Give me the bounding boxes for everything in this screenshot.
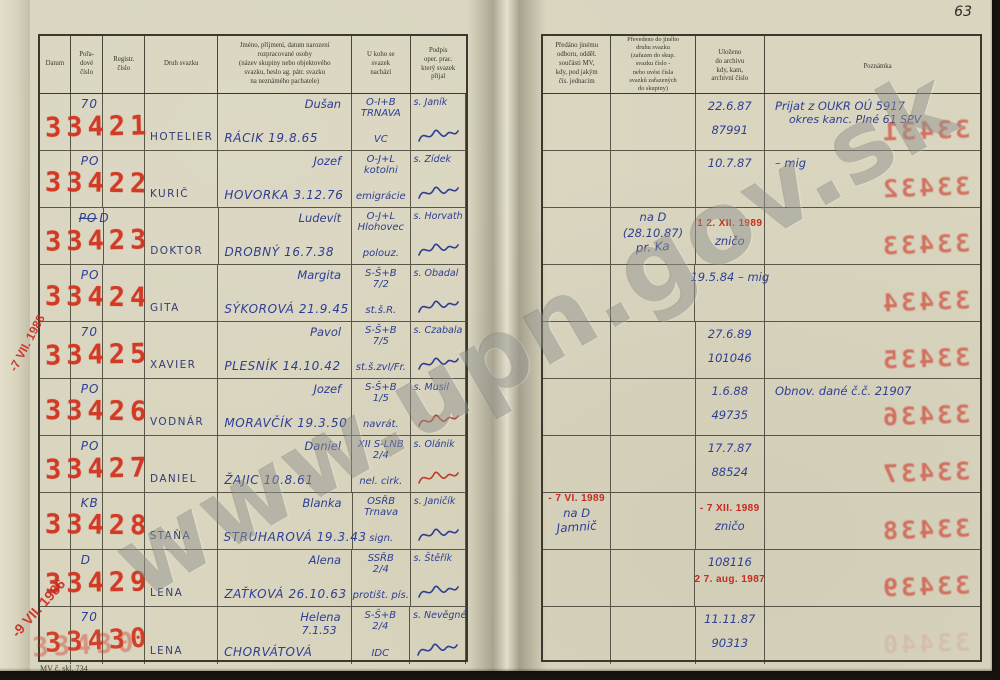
cell-prevedeno	[611, 550, 695, 606]
svazek-code: D	[81, 553, 91, 567]
cell-predano	[543, 151, 611, 207]
unit-line-1: S-Š+B	[352, 265, 409, 279]
cell-druh-svazku: LENA	[145, 550, 218, 606]
cell-registracni	[103, 379, 145, 435]
scan-right-edge	[990, 0, 1000, 680]
cell-poznamka: 33440	[765, 607, 980, 664]
cell-podpis: s. Nevěgné	[410, 607, 466, 664]
predano-date-stamp: - 7 VI. 1989	[543, 493, 610, 504]
unit-line-2: 7/2	[352, 279, 409, 290]
right-page-table: Předáno jinému odboru, odděl. součásti M…	[541, 34, 982, 662]
cell-podpis: s. Štěřík	[411, 550, 466, 606]
signature-scribble	[417, 468, 459, 488]
given-name: Ludevít	[299, 208, 352, 225]
cell-prevedeno	[611, 94, 695, 150]
header-jmeno: Jméno, příjmení, datum narození rozpraco…	[218, 36, 352, 93]
archive-date: 10.7.87	[708, 156, 752, 170]
surname-birthdate: PLESNÍK 14.10.42	[218, 359, 351, 378]
ledger-row-left: PO DANIEL Daniel ŽAJIC 10.8.61 XII S-LNB…	[40, 436, 466, 493]
cell-poradove: KB	[71, 493, 104, 549]
prevedeno-line-2	[611, 267, 694, 269]
cell-poradove: D	[71, 550, 104, 606]
bleed-through-number-stamp: 33432	[879, 171, 970, 203]
cell-datum	[40, 94, 71, 150]
unit-line-2: kotolni	[352, 165, 409, 176]
given-name: Alena	[309, 550, 351, 567]
book-gutter-shadow	[468, 0, 546, 671]
cell-jmeno: Daniel ŽAJIC 10.8.61	[218, 436, 352, 492]
predano-note	[543, 265, 610, 267]
unit-line-3: polouz.	[352, 248, 409, 264]
unit-line-1: OSŘB	[353, 493, 410, 507]
officer-name: s. Horvath	[411, 208, 465, 222]
cell-podpis: s. Zídek	[411, 151, 466, 207]
ledger-row-right: na D (28.10.87) pr. Ka 1 2. XII. 1989 zn…	[543, 208, 980, 265]
druh-svazku-value: KURIČ	[145, 188, 217, 207]
header-podpis: Podpis oper. prac. který svazek přijal	[411, 36, 466, 93]
unit-line-1: O-I+B	[352, 94, 409, 108]
cell-jmeno: Dušan RÁCIK 19.8.65	[218, 94, 352, 150]
given-name: Daniel	[304, 436, 351, 453]
cell-podpis: s. Olánik	[411, 436, 466, 492]
cell-poznamka: 33435	[765, 322, 980, 378]
archive-date: 1.6.88	[711, 384, 748, 398]
cell-poradove: PO	[71, 379, 104, 435]
ledger-row-left: D LENA Alena ZAŤKOVÁ 26.10.63 SSŘB 2/4 p…	[40, 550, 466, 607]
cell-ulozeno: 11.11.87 90313	[696, 607, 765, 664]
officer-name: s. Olánik	[411, 436, 465, 450]
cell-podpis: s. Obadal	[411, 265, 466, 321]
bleed-through-number-stamp: 33439	[879, 570, 970, 602]
svazek-code: 70	[81, 610, 98, 624]
cell-podpis: s. Janík	[411, 94, 466, 150]
cell-ulozeno: 22.6.87 87991	[696, 94, 765, 150]
ledger-row-left: 70 XAVIER Pavol PLESNÍK 14.10.42 S-Š+B 7…	[40, 322, 466, 379]
cell-jmeno: Blanka STRUHAROVÁ 19.3.43	[218, 493, 353, 549]
cell-registracni	[103, 607, 145, 664]
cell-druh-svazku: DANIEL	[145, 436, 218, 492]
unit-line-1: O-J+L	[352, 208, 409, 222]
header-registracni-cislo: Registr. číslo	[103, 36, 145, 93]
cell-datum	[40, 493, 71, 549]
note-line-1: Prijat z OUKR OÚ 5917	[775, 99, 980, 113]
prevedeno-line-2	[611, 552, 694, 554]
ledger-row-left: KB STAŇA Blanka STRUHAROVÁ 19.3.43 OSŘB …	[40, 493, 466, 550]
cell-poznamka: Prijat z OUKR OÚ 5917 okres kanc. Plné 6…	[765, 94, 980, 150]
cell-prevedeno	[611, 151, 695, 207]
archive-date: 11.11.87	[704, 612, 755, 626]
unit-line-3: emigrácie	[352, 191, 409, 207]
prevedeno-line-2	[611, 96, 694, 98]
cell-jmeno: Alena ZAŤKOVÁ 26.10.63	[218, 550, 352, 606]
cell-datum	[40, 436, 71, 492]
cell-registracni	[103, 265, 145, 321]
unit-line-2: 2/4	[352, 564, 409, 575]
cell-poznamka: 33437	[765, 436, 980, 492]
prevedeno-line-2	[611, 495, 694, 497]
archive-date: 27.6.89	[708, 327, 752, 341]
cell-druh-svazku: VODNÁR	[145, 379, 218, 435]
unit-line-3: nel. cirk.	[352, 476, 409, 492]
cell-podpis: s. Musil	[411, 379, 466, 435]
unit-line-2: TRNAVA	[352, 108, 409, 119]
cell-poznamka: Obnov. dané č.č. 21907 33436	[765, 379, 980, 435]
cell-poradove: PO	[71, 436, 104, 492]
cell-ulozeno: 27.6.89 101046	[696, 322, 765, 378]
predano-note	[543, 151, 610, 153]
cell-druh-svazku: DOKTOR	[145, 208, 218, 264]
cell-registracni	[103, 550, 145, 606]
given-name: Jozef	[313, 379, 351, 396]
cell-registracni	[103, 94, 145, 150]
prevedeno-signature: pr. Ka	[611, 237, 695, 257]
druh-svazku-value: HOTELIER	[145, 131, 217, 150]
unit-line-3: st.š.zvl/Fr.	[352, 362, 409, 378]
cell-ulozeno: 108116 2 7. aug. 1987	[695, 550, 765, 606]
ledger-row-right: 1.6.88 49735 Obnov. dané č.č. 21907 3343…	[543, 379, 980, 436]
cell-ulozeno: 10.7.87	[696, 151, 765, 207]
archive-number: 87991	[711, 123, 748, 137]
unit-line-2: 2/4	[352, 621, 409, 632]
archive-date: 17.7.87	[708, 441, 752, 455]
given-name-date: 7.1.53	[302, 624, 351, 637]
cell-datum	[40, 151, 71, 207]
surname-birthdate: MORAVČÍK 19.3.50	[218, 416, 351, 435]
cell-poznamka: 33433	[765, 208, 980, 264]
cell-jmeno: Helena 7.1.53 CHORVÁTOVÁ	[218, 607, 352, 664]
bleed-through-number-stamp: 33437	[879, 456, 970, 488]
cell-registracni	[103, 436, 145, 492]
cell-prevedeno	[611, 322, 695, 378]
officer-name: s. Janík	[411, 94, 465, 108]
cell-poznamka: 33439	[765, 550, 980, 606]
cell-poznamka: – mig 33432	[765, 151, 980, 207]
unit-line-1: S-Š+B	[352, 607, 409, 621]
cell-poradove: POD	[71, 208, 104, 264]
officer-name: s. Nevěgné	[410, 607, 465, 621]
unit-line-2: 1/5	[352, 393, 409, 404]
unit-line-2: Hlohovec	[352, 222, 409, 233]
header-predano: Předáno jinému odboru, odděl. součásti M…	[543, 36, 611, 93]
signature-scribble	[417, 411, 459, 431]
cell-poradove: PO	[71, 265, 104, 321]
cell-predano	[543, 550, 611, 606]
surname-birthdate: ZAŤKOVÁ 26.10.63	[218, 587, 351, 606]
header-ulozeno: Uloženo do archivu kdy, kam, archivní čí…	[696, 36, 765, 93]
bleed-through-number-stamp: 33431	[879, 114, 970, 146]
cell-u-koho: S-Š+B 7/2 st.š.R.	[352, 265, 410, 321]
cell-ulozeno: 17.7.87 88524	[696, 436, 765, 492]
given-name: Dušan	[305, 94, 351, 111]
cell-prevedeno: na D (28.10.87) pr. Ka	[611, 208, 695, 264]
bleed-through-number-stamp: 33436	[879, 399, 970, 431]
ledger-row-right: 10.7.87 – mig 33432	[543, 151, 980, 208]
predano-note	[543, 379, 610, 381]
unit-line-3: IDC	[352, 648, 409, 664]
druh-svazku-value: GITA	[145, 302, 217, 321]
cell-ulozeno: 19.5.84 – mig	[695, 265, 765, 321]
unit-line-1: XII S-LNB	[352, 436, 409, 450]
surname-birthdate: RÁCIK 19.8.65	[218, 131, 351, 150]
cell-poradove: PO	[71, 151, 104, 207]
surname-birthdate: CHORVÁTOVÁ	[218, 645, 351, 664]
cell-podpis: s. Czabala	[411, 322, 466, 378]
unit-line-1: SSŘB	[352, 550, 409, 564]
cell-datum	[40, 379, 71, 435]
cell-predano	[543, 607, 611, 664]
surname-birthdate: ŽAJIC 10.8.61	[218, 473, 351, 492]
unit-line-2: Trnava	[353, 507, 410, 518]
prevedeno-line-2	[611, 609, 694, 611]
ledger-row-left: PO GITA Margita SÝKOROVÁ 21.9.45 S-Š+B 7…	[40, 265, 466, 322]
cell-datum	[40, 607, 71, 664]
cell-datum	[40, 208, 71, 264]
svazek-code: PO	[81, 439, 100, 453]
given-name: Jozef	[313, 151, 351, 168]
ledger-row-right: 19.5.84 – mig 33434	[543, 265, 980, 322]
cell-u-koho: S-Š+B 7/5 st.š.zvl/Fr.	[352, 322, 410, 378]
cell-predano	[543, 208, 611, 264]
cell-u-koho: SSŘB 2/4 protišt. pís.	[352, 550, 410, 606]
cell-jmeno: Pavol PLESNÍK 14.10.42	[218, 322, 352, 378]
cell-prevedeno	[611, 379, 695, 435]
cell-u-koho: O-J+L kotolni emigrácie	[352, 151, 410, 207]
cell-predano: - 7 VI. 1989 na D Jamnič	[543, 493, 611, 549]
druh-svazku-value: STAŇA	[145, 530, 217, 549]
ledger-row-left: 70 HOTELIER Dušan RÁCIK 19.8.65 O-I+B TR…	[40, 94, 466, 151]
cell-druh-svazku: GITA	[145, 265, 218, 321]
ledger-row-right: 17.7.87 88524 33437	[543, 436, 980, 493]
cell-u-koho: S-Š+B 1/5 navrát.	[352, 379, 410, 435]
header-u-koho: U koho se svazek nachází	[352, 36, 410, 93]
surname-birthdate: DROBNÝ 16.7.38	[219, 245, 352, 264]
ledger-row-right: 22.6.87 87991 Prijat z OUKR OÚ 5917 okre…	[543, 94, 980, 151]
bleed-through-number-stamp: 33440	[879, 627, 970, 659]
unit-line-3: sign.	[353, 533, 410, 549]
druh-svazku-value: VODNÁR	[145, 416, 217, 435]
cell-ulozeno: 1.6.88 49735	[696, 379, 765, 435]
archive-number: zničo	[715, 234, 745, 248]
header-datum: Datum	[40, 36, 71, 93]
unit-line-2: 7/5	[352, 336, 409, 347]
predano-note	[543, 436, 610, 438]
svazek-code: PO	[81, 154, 100, 168]
cell-predano	[543, 265, 611, 321]
cell-prevedeno	[611, 265, 695, 321]
cell-jmeno: Ludevít DROBNÝ 16.7.38	[219, 208, 353, 264]
unit-line-3: protišt. pís.	[352, 590, 409, 606]
cell-jmeno: Jozef MORAVČÍK 19.3.50	[218, 379, 352, 435]
cell-predano	[543, 322, 611, 378]
archive-date: 108116	[708, 555, 752, 569]
cell-podpis: s. Janičík	[411, 493, 466, 549]
header-poznamka: Poznámka	[765, 36, 980, 93]
cell-jmeno: Jozef HOVORKA 3.12.76	[218, 151, 352, 207]
cell-poznamka: 33438	[765, 493, 980, 549]
bleed-through-number-stamp: 33433	[879, 228, 970, 260]
surname-birthdate: SÝKOROVÁ 21.9.45	[218, 302, 351, 321]
cell-poradove: 70	[71, 94, 104, 150]
cell-druh-svazku: HOTELIER	[145, 94, 218, 150]
archive-number: 90313	[711, 636, 748, 650]
given-name: Margita	[297, 265, 351, 282]
cell-datum	[40, 265, 71, 321]
signature-scribble	[417, 240, 459, 260]
cell-druh-svazku: STAŇA	[145, 493, 218, 549]
svazek-code: PO	[81, 382, 100, 396]
predano-note	[543, 94, 610, 96]
signature-scribble	[417, 582, 459, 602]
cell-druh-svazku: KURIČ	[145, 151, 218, 207]
ledger-row-right: 108116 2 7. aug. 1987 33439	[543, 550, 980, 607]
archive-number: 49735	[711, 408, 748, 422]
ledger-row-left: PO KURIČ Jozef HOVORKA 3.12.76 O-J+L kot…	[40, 151, 466, 208]
cell-registracni	[103, 151, 145, 207]
cell-ulozeno: - 7 XII. 1989 zničo	[696, 493, 765, 549]
header-prevedeno: Převedeno do jiného druhu svazku (zařaze…	[611, 36, 695, 93]
given-name: Pavol	[310, 322, 351, 339]
prevedeno-line-2	[611, 381, 694, 383]
unit-line-3: st.š.R.	[352, 305, 409, 321]
prevedeno-line-2	[611, 438, 694, 440]
cell-predano	[543, 94, 611, 150]
left-rows-container: 70 HOTELIER Dušan RÁCIK 19.8.65 O-I+B TR…	[40, 94, 466, 664]
officer-name: s. Musil	[411, 379, 465, 393]
right-header-row: Předáno jinému odboru, odděl. součásti M…	[543, 36, 980, 94]
prevedeno-line-2	[611, 153, 694, 155]
archive-date-stamp: 1 2. XII. 1989	[697, 218, 762, 229]
svazek-code: PO	[81, 268, 100, 282]
signature-scribble	[416, 640, 458, 660]
predano-note	[543, 208, 610, 210]
header-poradove-cislo: Pořa- dové číslo	[71, 36, 104, 93]
cell-poradove: 70	[71, 607, 104, 664]
cell-prevedeno	[611, 493, 695, 549]
given-name: Helena	[300, 607, 350, 624]
ledger-row-left: POD DOKTOR Ludevít DROBNÝ 16.7.38 O-J+L …	[40, 208, 466, 265]
cell-u-koho: XII S-LNB 2/4 nel. cirk.	[352, 436, 410, 492]
note-line-1: – mig	[775, 156, 980, 170]
unit-line-2: 2/4	[352, 450, 409, 461]
bleed-through-number-stamp: 33435	[879, 342, 970, 374]
archive-date-stamp: - 7 XII. 1989	[700, 503, 760, 514]
signature-scribble	[417, 354, 459, 374]
archive-date: 22.6.87	[708, 99, 752, 113]
archive-date-stamp: 2 7. aug. 1987	[695, 574, 766, 585]
archive-number: 88524	[711, 465, 748, 479]
signature-scribble	[417, 126, 459, 146]
cell-poznamka: 33434	[765, 265, 980, 321]
signature-scribble	[417, 297, 459, 317]
cell-ulozeno: 1 2. XII. 1989 zničo	[696, 208, 765, 264]
druh-svazku-value: LENA	[145, 587, 217, 606]
cell-prevedeno	[611, 436, 695, 492]
ledger-scan: Datum Pořa- dové číslo Registr. číslo Dr…	[0, 0, 1000, 680]
ledger-row-right: 11.11.87 90313 33440	[543, 607, 980, 664]
unit-line-1: S-Š+B	[352, 322, 409, 336]
cell-registracni	[103, 322, 145, 378]
officer-name: s. Štěřík	[411, 550, 465, 564]
cell-predano	[543, 436, 611, 492]
predano-signature: Jamnič	[543, 518, 611, 537]
cell-druh-svazku: LENA	[145, 607, 218, 664]
unit-line-3: VC	[352, 134, 409, 150]
unit-line-1: O-J+L	[352, 151, 409, 165]
unit-line-1: S-Š+B	[352, 379, 409, 393]
cell-datum	[40, 322, 71, 378]
druh-svazku-value: XAVIER	[145, 359, 217, 378]
surname-birthdate: STRUHAROVÁ 19.3.43	[218, 530, 352, 549]
cell-druh-svazku: XAVIER	[145, 322, 218, 378]
cell-u-koho: O-I+B TRNAVA VC	[352, 94, 410, 150]
signature-scribble	[417, 525, 459, 545]
scan-bottom-edge	[0, 668, 1000, 680]
ledger-row-left: 70 LENA Helena 7.1.53 CHORVÁTOVÁ S-Š+B 2…	[40, 607, 466, 664]
prevedeno-line-2	[611, 324, 694, 326]
cell-jmeno: Margita SÝKOROVÁ 21.9.45	[218, 265, 352, 321]
header-druh-svazku: Druh svazku	[145, 36, 218, 93]
page-number: 63	[954, 4, 972, 20]
svazek-code-struck: PO	[79, 211, 98, 225]
archive-number: zničo	[715, 519, 745, 533]
cell-u-koho: OSŘB Trnava sign.	[353, 493, 411, 549]
left-header-row: Datum Pořa- dové číslo Registr. číslo Dr…	[40, 36, 466, 94]
bleed-through-number-stamp: 33438	[879, 513, 970, 545]
archive-date: 19.5.84 – mig	[690, 270, 769, 284]
right-rows-container: 22.6.87 87991 Prijat z OUKR OÚ 5917 okre…	[543, 94, 980, 664]
officer-name: s. Obadal	[411, 265, 465, 279]
officer-name: s. Janičík	[411, 493, 465, 507]
predano-note	[543, 550, 610, 552]
cell-u-koho: S-Š+B 2/4 IDC	[352, 607, 410, 664]
predano-note	[543, 322, 610, 324]
cell-registracni	[104, 208, 146, 264]
cell-poradove: 70	[71, 322, 104, 378]
svazek-code: KB	[81, 496, 99, 510]
predano-note	[543, 607, 610, 609]
archive-number: 101046	[708, 351, 752, 365]
druh-svazku-value: DOKTOR	[145, 245, 217, 264]
svazek-code: 70	[81, 97, 98, 111]
surname-birthdate: HOVORKA 3.12.76	[218, 188, 351, 207]
unit-line-3: navrát.	[352, 419, 409, 435]
cell-registracni	[103, 493, 144, 549]
note-line-1: Obnov. dané č.č. 21907	[775, 384, 980, 398]
ledger-row-right: 27.6.89 101046 33435	[543, 322, 980, 379]
prevedeno-line-1: na D	[611, 208, 694, 224]
given-name: Blanka	[302, 493, 351, 510]
officer-name: s. Czabala	[411, 322, 465, 336]
svazek-code: 70	[81, 325, 98, 339]
ledger-row-right: - 7 VI. 1989 na D Jamnič - 7 XII. 1989 z…	[543, 493, 980, 550]
cell-prevedeno	[611, 607, 695, 664]
cell-podpis: s. Horvath	[411, 208, 466, 264]
druh-svazku-value: LENA	[145, 645, 217, 664]
form-number: MV č. skl. 734	[40, 664, 88, 673]
left-page-table: Datum Pořa- dové číslo Registr. číslo Dr…	[38, 34, 468, 662]
druh-svazku-value: DANIEL	[145, 473, 217, 492]
ledger-row-left: PO VODNÁR Jozef MORAVČÍK 19.3.50 S-Š+B 1…	[40, 379, 466, 436]
officer-name: s. Zídek	[411, 151, 465, 165]
cell-predano	[543, 379, 611, 435]
bleed-through-number-stamp: 33434	[879, 285, 970, 317]
cell-u-koho: O-J+L Hlohovec polouz.	[352, 208, 410, 264]
signature-scribble	[417, 183, 459, 203]
